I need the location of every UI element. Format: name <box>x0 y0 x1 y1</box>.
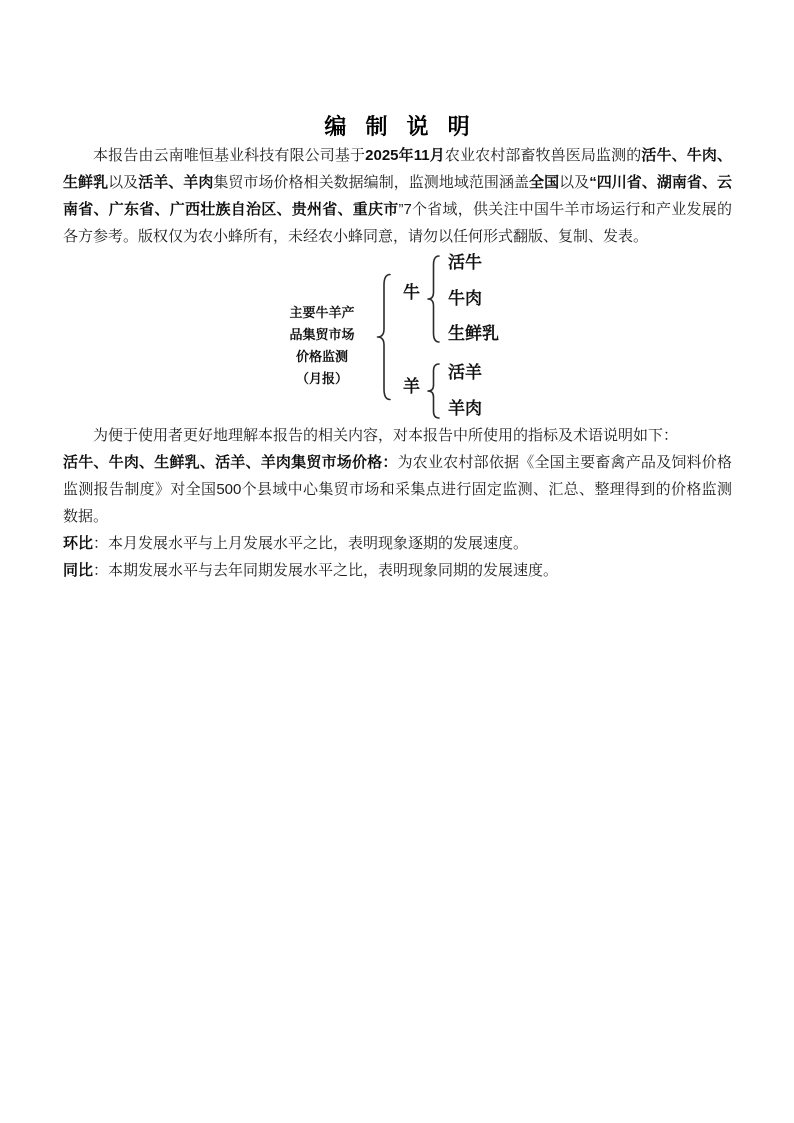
term-yoy-paragraph: 同比：本期发展水平与去年同期发展水平之比，表明现象同期的发展速度。 <box>63 557 732 584</box>
diagram-root-label: 主要牛羊产 品集贸市场 价格监测 （月报） <box>287 302 357 390</box>
page-title: 编 制 说 明 <box>63 112 732 142</box>
branch-label-cattle: 牛 <box>403 284 420 302</box>
sheep-brace-icon <box>427 363 440 419</box>
leaf-mutton: 羊肉 <box>448 400 482 418</box>
term-market-price-paragraph: 活牛、牛肉、生鲜乳、活羊、羊肉集贸市场价格：为农业农村部依据《全国主要畜禽产品及… <box>63 449 732 530</box>
branch-label-sheep: 羊 <box>403 378 420 396</box>
intro-paragraph: 本报告由云南唯恒基业科技有限公司基于2025年11月农业农村部畜牧兽医局监测的活… <box>63 142 732 250</box>
document-page: 编 制 说 明 本报告由云南唯恒基业科技有限公司基于2025年11月农业农村部畜… <box>0 0 794 1123</box>
terms-lead-paragraph: 为便于使用者更好地理解本报告的相关内容，对本报告中所使用的指标及术语说明如下： <box>63 422 732 449</box>
cattle-brace-icon <box>427 255 440 343</box>
diagram-root-line: 价格监测 <box>287 346 357 368</box>
leaf-live-sheep: 活羊 <box>448 364 482 382</box>
term-mom-paragraph: 环比：本月发展水平与上月发展水平之比，表明现象逐期的发展速度。 <box>63 530 732 557</box>
leaf-live-cattle: 活牛 <box>448 254 482 272</box>
page-content: 编 制 说 明 本报告由云南唯恒基业科技有限公司基于2025年11月农业农村部畜… <box>0 0 794 584</box>
diagram-root-line: 主要牛羊产 <box>287 302 357 324</box>
diagram-root-line: （月报） <box>287 368 357 390</box>
monitoring-scope-diagram: 主要牛羊产 品集贸市场 价格监测 （月报） 牛 活牛 牛肉 生鲜乳 羊 活羊 羊… <box>63 254 732 422</box>
diagram-root-line: 品集贸市场 <box>287 324 357 346</box>
leaf-beef: 牛肉 <box>448 290 482 308</box>
leaf-raw-milk: 生鲜乳 <box>448 325 499 343</box>
main-brace-icon <box>376 273 392 401</box>
